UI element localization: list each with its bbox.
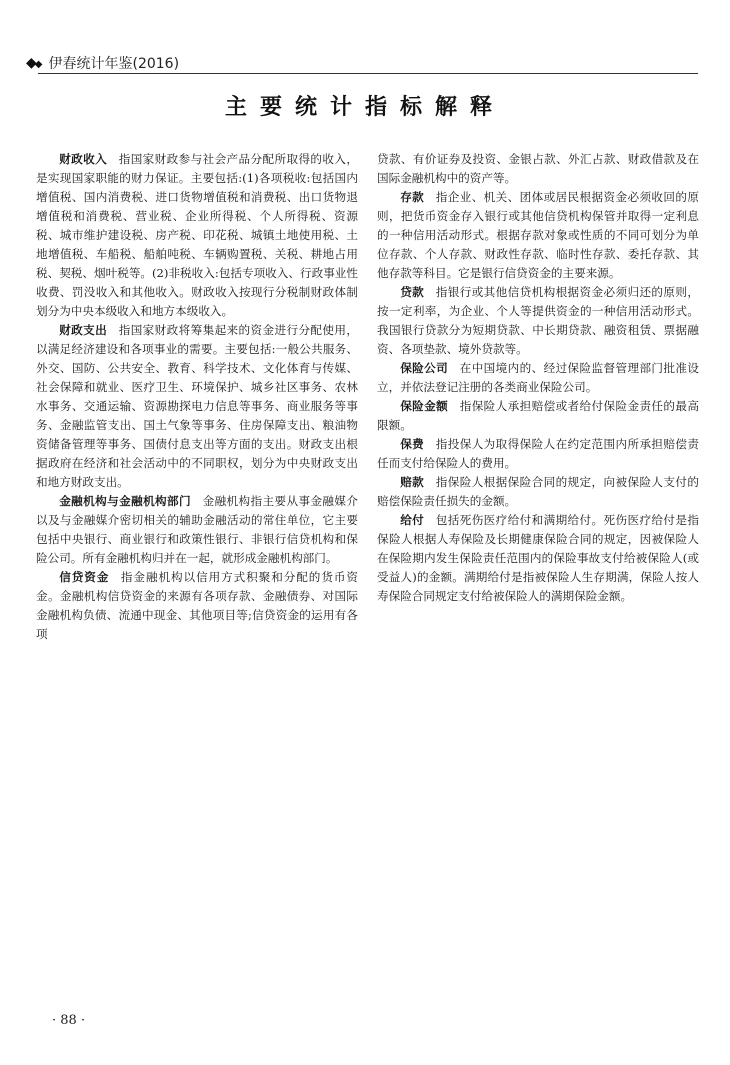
definition-text: 贷款、有价证券及投资、金银占款、外汇占款、财政借款及在国际金融机构中的资产等。 — [377, 152, 699, 185]
definition-paragraph: 财政支出指国家财政将筹集起来的资金进行分配使用，以满足经济建设和各项事业的需要。… — [36, 321, 358, 492]
definition-term: 保险公司 — [400, 361, 448, 375]
continued-paragraph: 贷款、有价证券及投资、金银占款、外汇占款、财政借款及在国际金融机构中的资产等。 — [377, 150, 699, 188]
definition-paragraph: 保险金额指保险人承担赔偿或者给付保险金责任的最高限额。 — [377, 397, 699, 435]
definition-text: 指投保人为取得保险人在约定范围内所承担赔偿责任而支付给保险人的费用。 — [377, 437, 699, 470]
left-column: 财政收入指国家财政参与社会产品分配所取得的收入，是实现国家职能的财力保证。主要包… — [36, 150, 358, 644]
header-rule — [38, 73, 698, 74]
book-title: 伊春统计年鉴(2016) — [48, 53, 179, 73]
definition-paragraph: 金融机构与金融机构部门金融机构指主要从事金融媒介以及与金融媒介密切相关的辅助金融… — [36, 492, 358, 568]
definition-text: 指企业、机关、团体或居民根据资金必须收回的原则，把货币资金存入银行或其他信贷机构… — [377, 190, 699, 280]
definition-text: 指银行或其他信贷机构根据资金必须归还的原则，按一定利率，为企业、个人等提供资金的… — [377, 285, 699, 356]
definition-term: 存款 — [400, 190, 424, 204]
running-header: ◆◆ 伊春统计年鉴(2016) — [26, 53, 179, 73]
definition-paragraph: 保险公司在中国境内的、经过保险监督管理部门批准设立，并依法登记注册的各类商业保险… — [377, 359, 699, 397]
definition-text: 指保险人根据保险合同的规定，向被保险人支付的赔偿保险责任损失的金额。 — [377, 475, 699, 508]
definition-text: 指国家财政参与社会产品分配所取得的收入，是实现国家职能的财力保证。主要包括:(1… — [36, 152, 358, 318]
page-number: · 88 · — [52, 1013, 85, 1028]
definition-term: 金融机构与金融机构部门 — [59, 494, 191, 508]
definition-paragraph: 保费指投保人为取得保险人在约定范围内所承担赔偿责任而支付给保险人的费用。 — [377, 435, 699, 473]
definition-term: 保费 — [400, 437, 424, 451]
definition-paragraph: 赔款指保险人根据保险合同的规定，向被保险人支付的赔偿保险责任损失的金额。 — [377, 473, 699, 511]
right-column: 贷款、有价证券及投资、金银占款、外汇占款、财政借款及在国际金融机构中的资产等。 … — [377, 150, 699, 606]
definition-paragraph: 存款指企业、机关、团体或居民根据资金必须收回的原则，把货币资金存入银行或其他信贷… — [377, 188, 699, 283]
definition-paragraph: 财政收入指国家财政参与社会产品分配所取得的收入，是实现国家职能的财力保证。主要包… — [36, 150, 358, 321]
definition-term: 贷款 — [400, 285, 424, 299]
definition-paragraph: 贷款指银行或其他信贷机构根据资金必须归还的原则，按一定利率，为企业、个人等提供资… — [377, 283, 699, 359]
definition-term: 给付 — [400, 513, 424, 527]
definition-term: 财政支出 — [59, 323, 107, 337]
definition-term: 信贷资金 — [59, 570, 109, 584]
definition-text: 指国家财政将筹集起来的资金进行分配使用，以满足经济建设和各项事业的需要。主要包括… — [36, 323, 358, 489]
definition-paragraph: 信贷资金指金融机构以信用方式积聚和分配的货币资金。金融机构信贷资金的来源有各项存… — [36, 568, 358, 644]
double-diamond-icon: ◆◆ — [26, 55, 40, 71]
definition-paragraph: 给付包括死伤医疗给付和满期给付。死伤医疗给付是指保险人根据人寿保险及长期健康保险… — [377, 511, 699, 606]
definition-text: 包括死伤医疗给付和满期给付。死伤医疗给付是指保险人根据人寿保险及长期健康保险合同… — [377, 513, 699, 603]
definition-term: 财政收入 — [59, 152, 107, 166]
definition-term: 赔款 — [400, 475, 424, 489]
definition-term: 保险金额 — [400, 399, 448, 413]
page-title: 主要统计指标解释 — [0, 90, 730, 121]
